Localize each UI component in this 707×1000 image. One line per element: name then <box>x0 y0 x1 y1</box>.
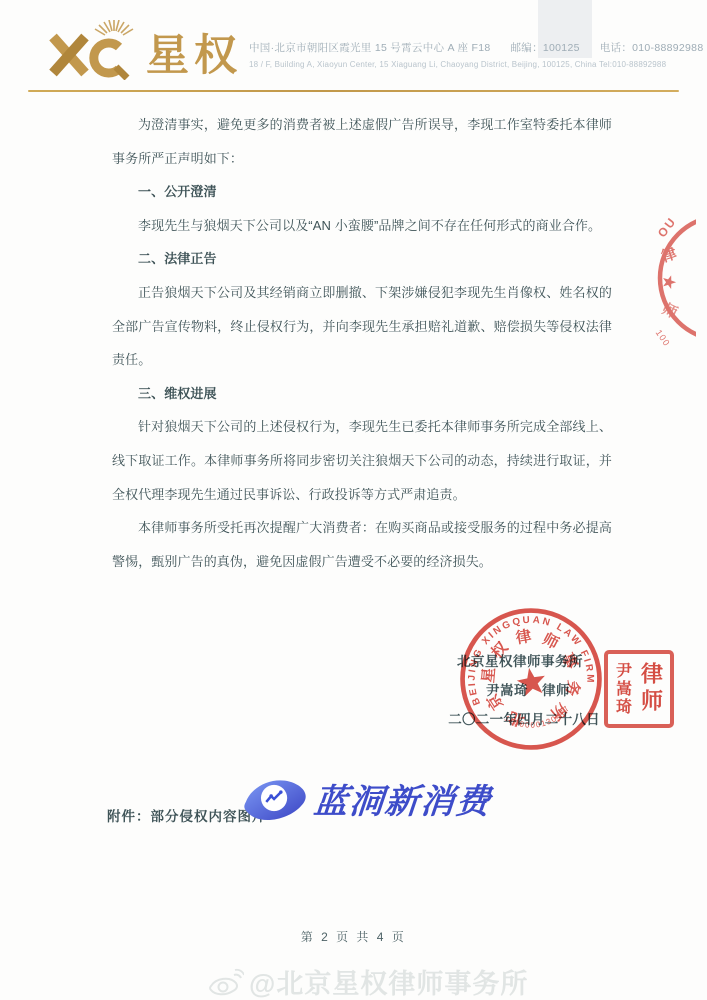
lawyer-seal-name: 尹嵩琦 <box>612 662 635 716</box>
section-heading: 三、维权进展 <box>112 377 612 411</box>
section-heading: 二、法律正告 <box>112 242 612 276</box>
seal-star-icon <box>515 665 548 697</box>
svg-text:星: 星 <box>478 666 498 684</box>
firm-logo-mark-icon <box>44 20 144 80</box>
page-number: 第 2 页 共 4 页 <box>0 928 707 945</box>
firm-logo-text: 星权 <box>146 35 242 78</box>
body-paragraph: 针对狼烟天下公司的上述侵权行为，李现先生已委托本律师事务所完成全部线上、线下取证… <box>112 410 612 511</box>
phone-number: 电话：010-88892988 <box>600 40 704 55</box>
edge-seal-star-icon <box>661 273 678 290</box>
weibo-eye-icon <box>208 966 244 998</box>
watermark-handle: @北京星权律师事务所 <box>249 962 528 1000</box>
address-en: 18 / F, Building A, Xiaoyun Center, 15 X… <box>249 60 703 69</box>
lawyer-seal-title: 律师 <box>636 662 667 716</box>
document-page: 星权 中国·北京市朝阳区霞光里 15 号霄云中心 A 座 F18 邮编：1001… <box>0 0 707 1000</box>
lawyer-personal-seal: 尹嵩琦 律师 <box>604 650 674 728</box>
firm-logo: 星权 <box>44 20 242 80</box>
address-cn: 中国·北京市朝阳区霞光里 15 号霄云中心 A 座 F18 <box>249 40 490 55</box>
postal-code: 邮编：100125 <box>510 40 579 55</box>
svg-text:律: 律 <box>513 626 533 648</box>
body-paragraph: 为澄清事实，避免更多的消费者被上述虚假广告所误导，李现工作室特委托本律师事务所严… <box>112 108 612 175</box>
eye-chart-icon <box>243 770 309 826</box>
body-paragraph: 正告狼烟天下公司及其经销商立即删撤、下架涉嫌侵犯李现先生肖像权、姓名权的全部广告… <box>112 276 612 377</box>
letterhead-address: 中国·北京市朝阳区霞光里 15 号霄云中心 A 座 F18 邮编：100125 … <box>249 40 703 69</box>
social-watermark: @北京星权律师事务所 <box>208 962 528 1000</box>
svg-text:京: 京 <box>482 690 507 714</box>
edge-seal-digits: 100 <box>654 328 673 349</box>
page-edge-seal: OU 律 师 100 <box>652 203 696 353</box>
body-paragraph: 本律师事务所受托再次提醒广大消费者：在购买商品或接受服务的过程中务必提高警惕，甄… <box>112 511 612 578</box>
law-firm-round-seal: BEIJING XINGQUAN LAW FIRM 1100000130477 … <box>444 592 618 766</box>
brand-name: 蓝洞新消费 <box>312 774 494 823</box>
svg-text:务: 务 <box>562 679 584 699</box>
body-paragraph: 李现先生与狼烟天下公司以及“AN 小蛮腰”品牌之间不存在任何形式的商业合作。 <box>112 209 612 243</box>
section-heading: 一、公开澄清 <box>112 175 612 209</box>
brand-watermark: 蓝洞新消费 <box>243 770 492 826</box>
document-body: 为澄清事实，避免更多的消费者被上述虚假广告所误导，李现工作室特委托本律师事务所严… <box>112 108 612 578</box>
header-divider <box>28 90 679 92</box>
